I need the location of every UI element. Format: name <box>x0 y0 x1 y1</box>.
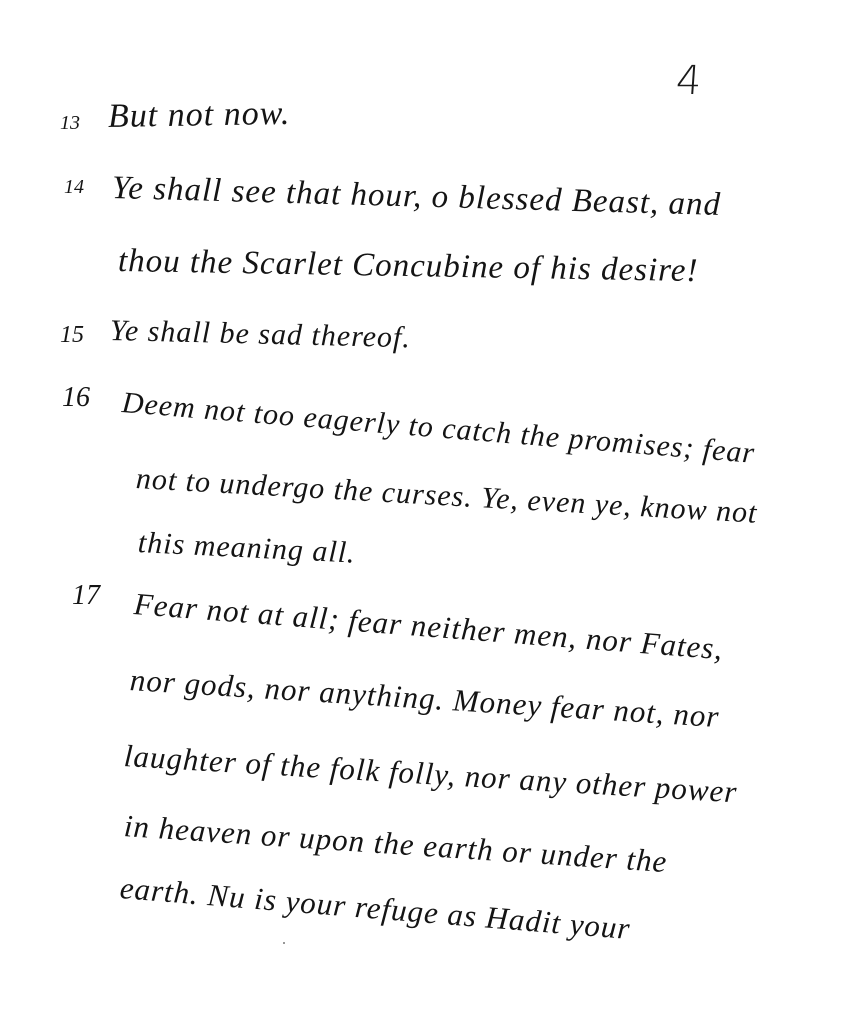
verse-number: 13 <box>60 112 80 135</box>
manuscript-page: 4 13 But not now. 14 Ye shall see that h… <box>0 0 857 1024</box>
verse-number: 16 <box>62 382 90 414</box>
verse-line: Ye shall be sad thereof. <box>110 314 412 355</box>
verse-line: earth. Nu is your refuge as Hadit your <box>119 870 632 947</box>
verse-line: Fear not at all; fear neither men, nor F… <box>133 586 725 667</box>
verse-number: 17 <box>72 580 100 612</box>
verse-number: 15 <box>60 322 84 349</box>
verse-line: But not now. <box>108 95 291 136</box>
verse-number: 14 <box>64 176 84 199</box>
verse-line: thou the Scarlet Concubine of his desire… <box>118 243 699 290</box>
page-number: 4 <box>674 58 703 104</box>
verse-line: Deem not too eagerly to catch the promis… <box>121 386 757 471</box>
verse-line: Ye shall see that hour, o blessed Beast,… <box>111 170 721 224</box>
verse-line: in heaven or upon the earth or under the <box>123 808 669 880</box>
verse-line: nor gods, nor anything. Money fear not, … <box>129 662 721 735</box>
verse-line: not to undergo the curses. Ye, even ye, … <box>135 462 758 531</box>
verse-line: laughter of the folk folly, nor any othe… <box>123 738 738 810</box>
verse-line: this meaning all. <box>137 526 356 571</box>
paper-speck <box>283 942 285 944</box>
